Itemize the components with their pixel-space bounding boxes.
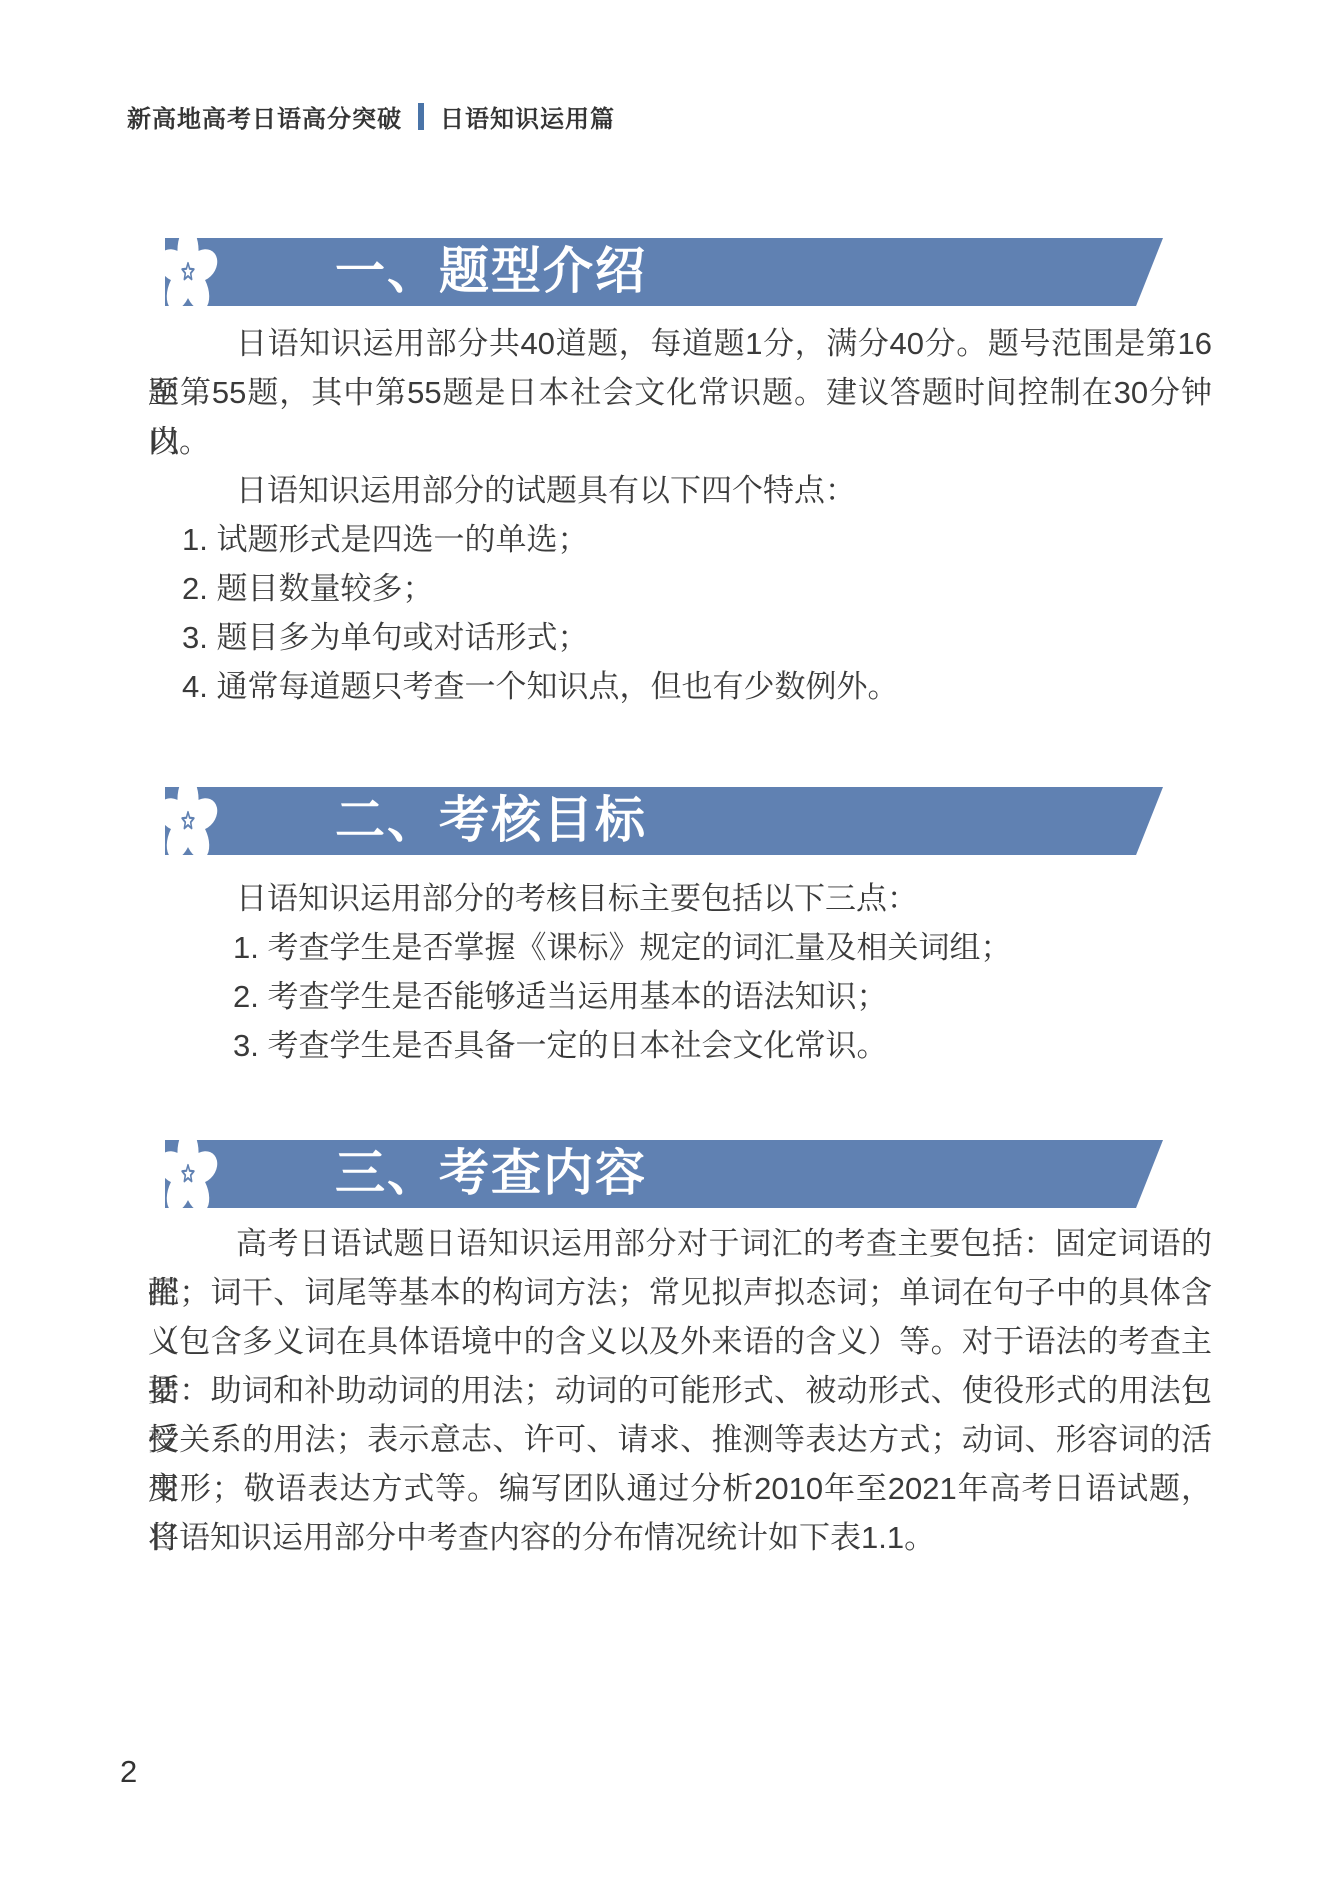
paragraph-line: 日语知识运用部分中考查内容的分布情况统计如下表1.1。	[148, 1513, 1212, 1562]
section-banner-2: 二、考核目标	[165, 787, 1163, 855]
list-item: 4. 通常每道题只考查一个知识点，但也有少数例外。	[148, 662, 1212, 711]
list-intro-line: 日语知识运用部分的试题具有以下四个特点：	[148, 466, 1212, 515]
paragraph-line: 受关系的用法；表示意志、许可、请求、推测等表达方式；动词、形容词的活用	[148, 1415, 1212, 1464]
section-title-1: 一、题型介绍	[335, 238, 647, 306]
section-title-3: 三、考查内容	[335, 1140, 647, 1208]
paragraph-line: 高考日语试题日语知识运用部分对于词汇的考查主要包括：固定词语的搭	[148, 1219, 1212, 1268]
paragraph-line: 括：助词和补助动词的用法；动词的可能形式、被动形式、使役形式的用法；授	[148, 1366, 1212, 1415]
paragraph-line: 配；词干、词尾等基本的构词方法；常见拟声拟态词；单词在句子中的具体含义	[148, 1268, 1212, 1317]
book-title: 新高地高考日语高分突破	[127, 99, 402, 134]
section-2-body: 日语知识运用部分的考核目标主要包括以下三点： 1. 考查学生是否掌握《课标》规定…	[148, 874, 1212, 1070]
section-banner-1: 一、题型介绍	[165, 238, 1163, 306]
header-divider	[418, 103, 424, 130]
list-item: 2. 考查学生是否能够适当运用基本的语法知识；	[148, 972, 1212, 1021]
banner-background	[165, 1140, 1163, 1208]
list-item: 2. 题目数量较多；	[148, 564, 1212, 613]
sakura-flower-icon	[157, 776, 219, 866]
paragraph-line: 日语知识运用部分共40道题，每道题1分，满分40分。题号范围是第16题	[148, 319, 1212, 368]
list-item: 1. 考查学生是否掌握《课标》规定的词汇量及相关词组；	[148, 923, 1212, 972]
paragraph-line: 变形；敬语表达方式等。编写团队通过分析2010年至2021年高考日语试题，将	[148, 1464, 1212, 1513]
paragraph-line: （包含多义词在具体语境中的含义以及外来语的含义）等。对于语法的考查主要包	[148, 1317, 1212, 1366]
sakura-flower-icon	[157, 227, 219, 317]
page-header: 新高地高考日语高分突破 日语知识运用篇	[127, 99, 615, 134]
paragraph-line: 内。	[148, 417, 1212, 466]
section-1-body: 日语知识运用部分共40道题，每道题1分，满分40分。题号范围是第16题 至第55…	[148, 319, 1212, 711]
section-banner-3: 三、考查内容	[165, 1140, 1163, 1208]
page-number: 2	[120, 1752, 137, 1792]
list-intro-line: 日语知识运用部分的考核目标主要包括以下三点：	[148, 874, 1212, 923]
list-item: 1. 试题形式是四选一的单选；	[148, 515, 1212, 564]
list-item: 3. 题目多为单句或对话形式；	[148, 613, 1212, 662]
banner-background	[165, 787, 1163, 855]
sakura-flower-icon	[157, 1129, 219, 1219]
banner-background	[165, 238, 1163, 306]
paragraph-line: 至第55题，其中第55题是日本社会文化常识题。建议答题时间控制在30分钟以	[148, 368, 1212, 417]
section-3-body: 高考日语试题日语知识运用部分对于词汇的考查主要包括：固定词语的搭 配；词干、词尾…	[148, 1219, 1212, 1562]
volume-title: 日语知识运用篇	[440, 99, 615, 134]
section-title-2: 二、考核目标	[335, 787, 647, 855]
list-item: 3. 考查学生是否具备一定的日本社会文化常识。	[148, 1021, 1212, 1070]
